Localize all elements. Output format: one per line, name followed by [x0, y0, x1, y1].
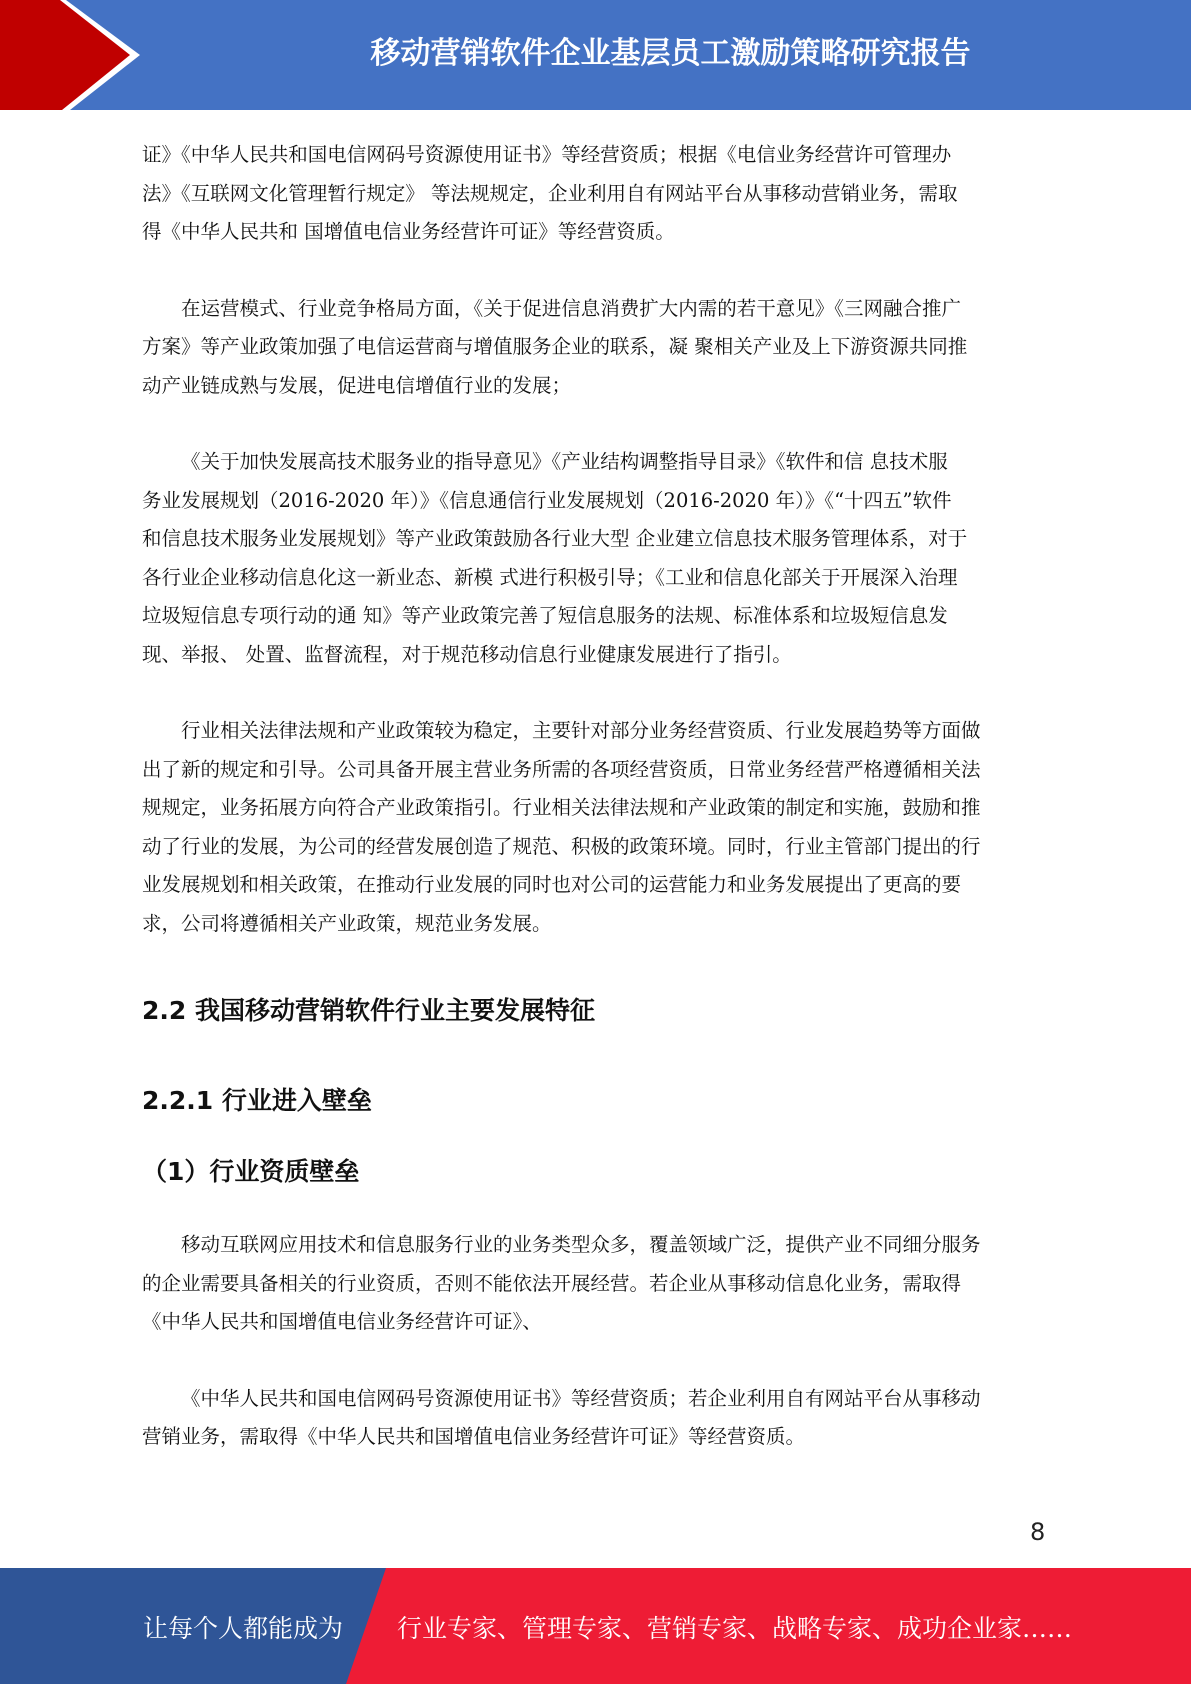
- paragraph: 在运营模式、行业竞争格局方面，《关于促进信息消费扩大内需的若干意见》《三网融合推…: [142, 290, 1048, 406]
- paragraph: 证》《中华人民共和国电信网码号资源使用证书》等经营资质；根据《电信业务经营许可管…: [142, 136, 1048, 252]
- body-text-top: 证》《中华人民共和国电信网码号资源使用证书》等经营资质；根据《电信业务经营许可管…: [142, 136, 1048, 943]
- item-heading: （1）行业资质壁垒: [142, 1152, 359, 1188]
- subsection-heading: 2.2.1 行业进入壁垒: [142, 1081, 372, 1117]
- page-number: 8: [1030, 1518, 1045, 1546]
- paragraph: 《中华人民共和国电信网码号资源使用证书》等经营资质；若企业利用自有网站平台从事移…: [142, 1380, 1048, 1457]
- report-title: 移动营销软件企业基层员工激励策略研究报告: [150, 28, 1191, 72]
- red-arrow-decoration: [0, 0, 160, 110]
- page-footer: 让每个人都能成为 行业专家、管理专家、营销专家、战略专家、成功企业家……: [0, 1568, 1191, 1684]
- page-header: 移动营销软件企业基层员工激励策略研究报告: [0, 0, 1191, 110]
- footer-slogan-left: 让每个人都能成为: [143, 1609, 343, 1645]
- section-heading: 2.2 我国移动营销软件行业主要发展特征: [142, 991, 595, 1027]
- paragraph: 移动互联网应用技术和信息服务行业的业务类型众多，覆盖领域广泛，提供产业不同细分服…: [142, 1226, 1048, 1342]
- paragraph: 行业相关法律法规和产业政策较为稳定，主要针对部分业务经营资质、行业发展趋势等方面…: [142, 712, 1048, 943]
- footer-slogan-right: 行业专家、管理专家、营销专家、战略专家、成功企业家……: [397, 1609, 1072, 1645]
- paragraph: 《关于加快发展高技术服务业的指导意见》《产业结构调整指导目录》《软件和信 息技术…: [142, 443, 1048, 674]
- body-text-bottom: 移动互联网应用技术和信息服务行业的业务类型众多，覆盖领域广泛，提供产业不同细分服…: [142, 1226, 1048, 1457]
